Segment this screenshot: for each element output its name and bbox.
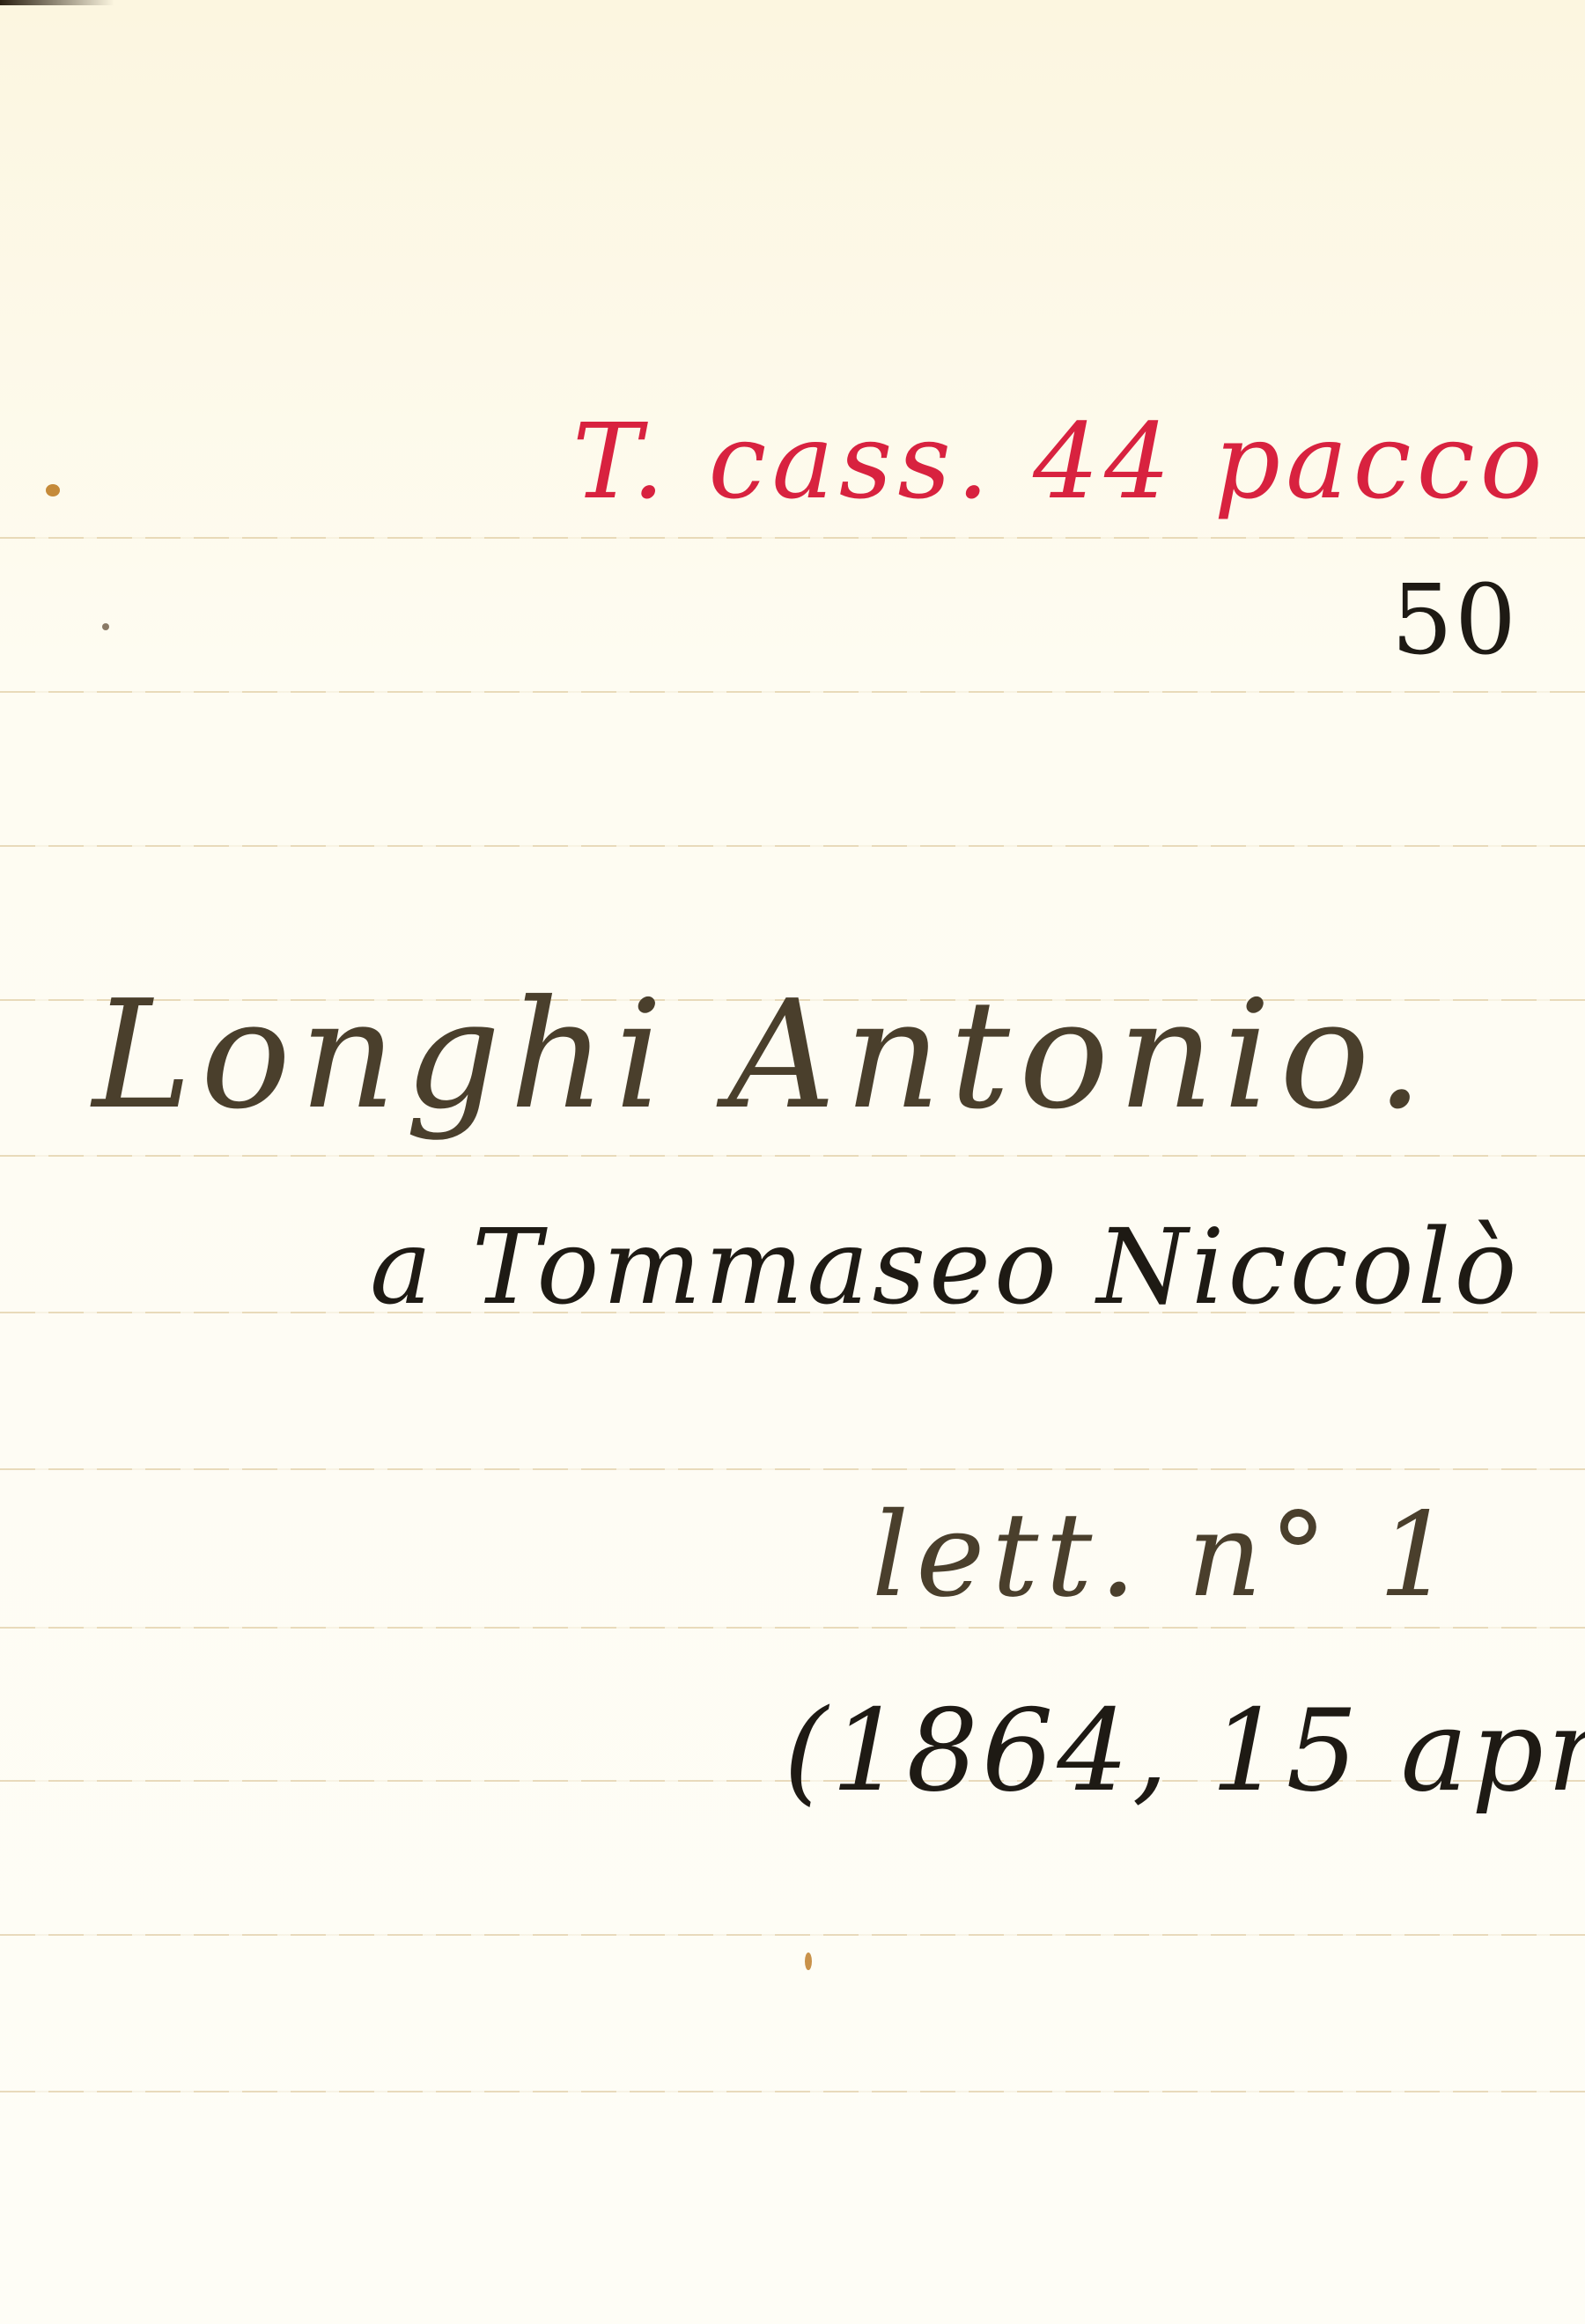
ink-spot xyxy=(102,623,109,630)
ruled-line xyxy=(0,1468,1585,1470)
ruled-line xyxy=(0,2091,1585,2092)
ink-spot xyxy=(805,1953,812,1970)
ruled-line xyxy=(0,537,1585,539)
index-card: T. cass. 44 pacco 96. 50 Longhi Antonio.… xyxy=(0,0,1585,2324)
ruled-line xyxy=(0,1155,1585,1157)
ruled-line xyxy=(0,1934,1585,1936)
recipient: a Tommaseo Niccolò xyxy=(370,1206,1521,1327)
ruled-line xyxy=(0,1627,1585,1629)
ink-spot xyxy=(46,484,60,496)
ruled-line xyxy=(0,691,1585,693)
item-number: 50 xyxy=(1391,563,1518,676)
letter-date: (1864, 15 apr.) xyxy=(784,1686,1585,1817)
ruled-line xyxy=(0,845,1585,847)
shelfmark: T. cass. 44 pacco 96. xyxy=(572,401,1585,522)
author-name: Longhi Antonio. xyxy=(92,968,1433,1143)
letter-count: lett. n° 1 xyxy=(872,1488,1459,1623)
scan-edge-shadow xyxy=(0,0,114,5)
